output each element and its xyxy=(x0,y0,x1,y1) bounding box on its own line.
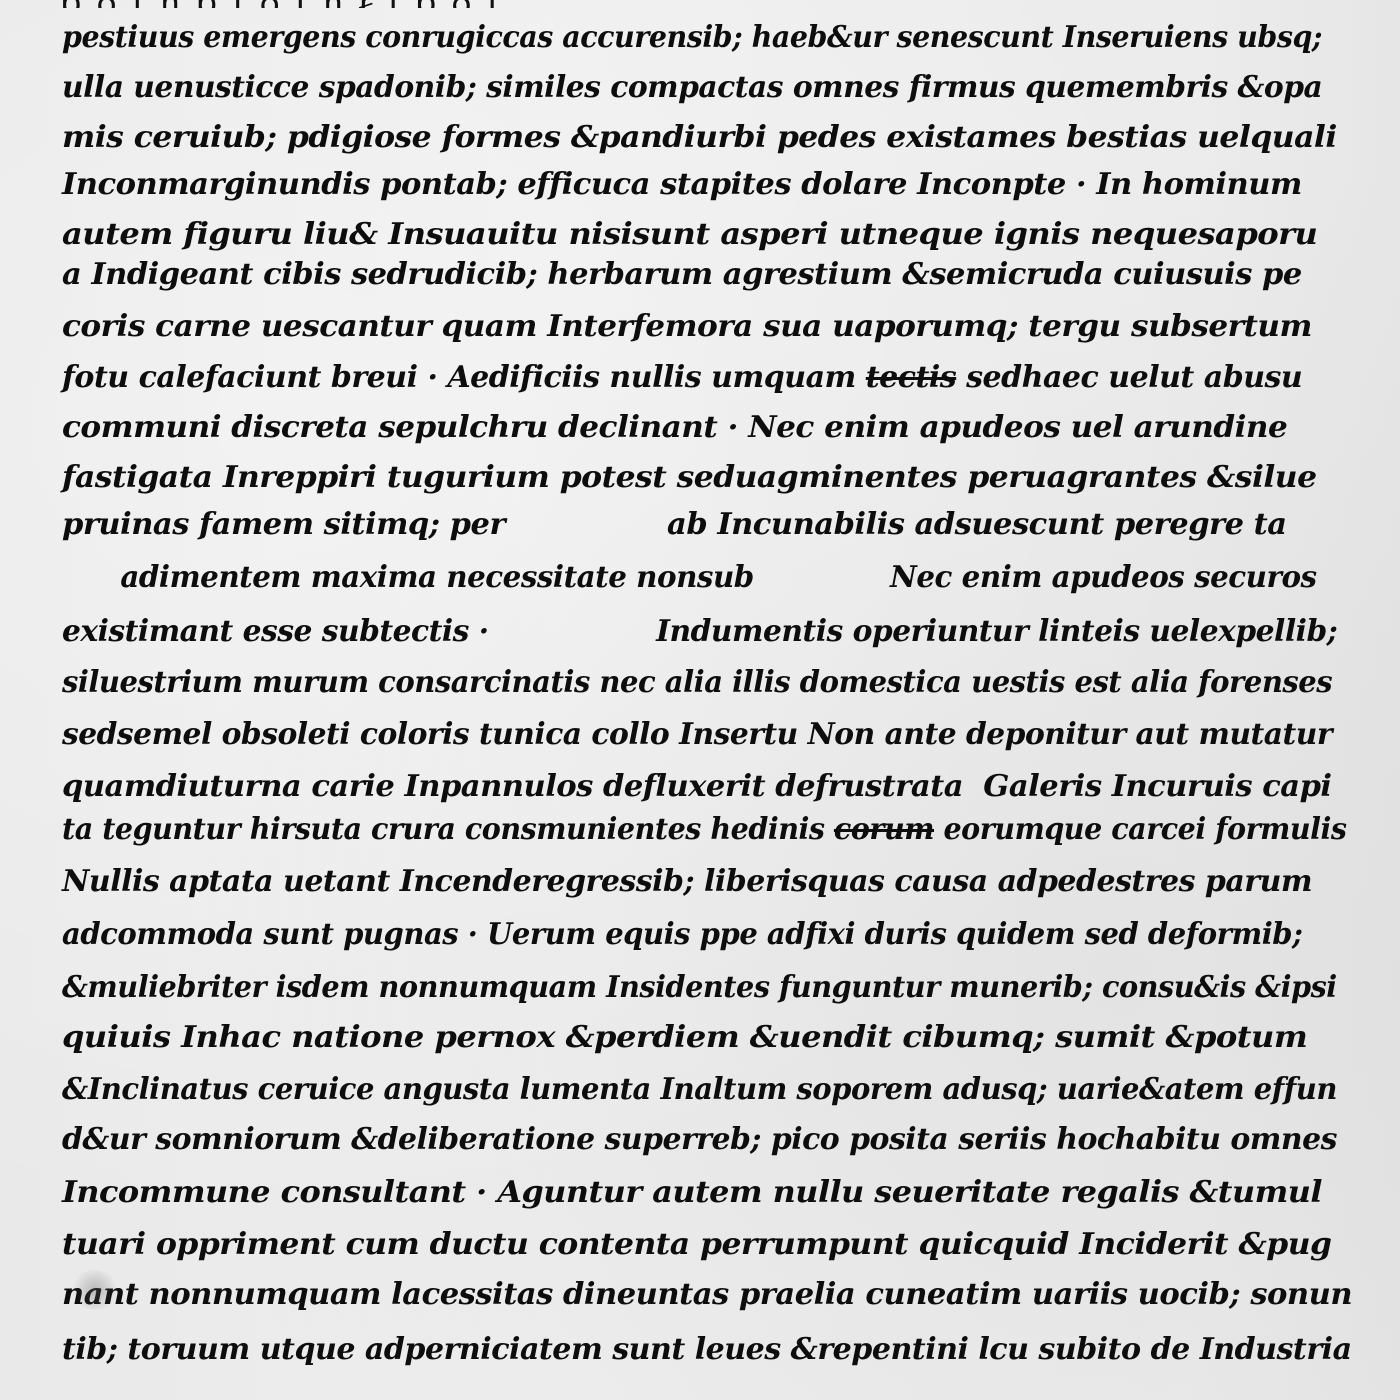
manuscript-line: mis ceruiub; pdigiose formes &pandiurbi … xyxy=(62,118,1337,158)
line-text: d&ur somniorum &deliberatione superreb; … xyxy=(62,1120,1337,1160)
manuscript-line: tuari oppriment cum ductu contenta perru… xyxy=(62,1225,1331,1265)
manuscript-line: fastigata Inreppiri tugurium potest sedu… xyxy=(62,458,1317,498)
manuscript-line: &Inclinatus ceruice angusta lumenta Inal… xyxy=(62,1070,1337,1110)
manuscript-line: coris carne uescantur quam Interfemora s… xyxy=(62,307,1312,347)
manuscript-line: tib; toruum utque adperniciatem sunt leu… xyxy=(62,1330,1352,1370)
manuscript-line: quiuis Inhac natione pernox &perdiem &ue… xyxy=(62,1018,1307,1058)
manuscript-line: Inconmarginundis pontab; efficuca stapit… xyxy=(62,165,1302,205)
line-text: quiuis Inhac natione pernox &perdiem &ue… xyxy=(62,1018,1307,1058)
manuscript-line: communi discreta sepulchru declinant · N… xyxy=(62,408,1287,448)
line-text: nant nonnumquam lacessitas dineuntas pra… xyxy=(62,1275,1352,1315)
line-text: Nullis aptata uetant Incenderegressib; l… xyxy=(62,862,1312,902)
line-text: autem figuru liu& Insuauitu nisisunt asp… xyxy=(62,215,1317,255)
manuscript-line: existimant esse subtectis · Indumentis o… xyxy=(62,612,1337,652)
manuscript-line: autem figuru liu& Insuauitu nisisunt asp… xyxy=(62,215,1317,255)
manuscript-line: adcommoda sunt pugnas · Uerum equis ppe … xyxy=(62,915,1302,955)
line-text: Inconmarginundis pontab; efficuca stapit… xyxy=(62,165,1302,205)
struck-word: corum xyxy=(834,810,934,850)
line-text: mis ceruiub; pdigiose formes &pandiurbi … xyxy=(62,118,1337,158)
manuscript-line: ulla uenusticce spadonib; similes compac… xyxy=(62,68,1322,108)
manuscript-page: ꝑ ꝺ ſ ꞃ ꝑ ſ ꝺ ſ ꞃ ꞧ ſ ꝑ ꝺ ſ pestiuus eme… xyxy=(0,0,1400,1400)
manuscript-line: pruinas famem sitimq; per ab Incunabilis… xyxy=(62,505,1287,545)
manuscript-line: a Indigeant cibis sedrudicib; herbarum a… xyxy=(62,255,1302,295)
line-text: fotu calefaciunt breui · Aedificiis null… xyxy=(62,358,866,398)
line-text: tib; toruum utque adperniciatem sunt leu… xyxy=(62,1330,1352,1370)
line-text: quamdiuturna carie Inpannulos defluxerit… xyxy=(62,767,1332,807)
line-text: sedhaec uelut abusu xyxy=(956,358,1302,398)
line-text: adcommoda sunt pugnas · Uerum equis ppe … xyxy=(62,915,1302,955)
line-text: Incommune consultant · Aguntur autem nul… xyxy=(62,1173,1322,1213)
line-text: ulla uenusticce spadonib; similes compac… xyxy=(62,68,1322,108)
manuscript-line: ta teguntur hirsuta crura consmunientes … xyxy=(62,810,1347,850)
line-text: tuari oppriment cum ductu contenta perru… xyxy=(62,1225,1331,1265)
line-text: siluestrium murum consarcinatis nec alia… xyxy=(62,663,1332,703)
manuscript-line: nant nonnumquam lacessitas dineuntas pra… xyxy=(62,1275,1352,1315)
cut-off-line-fragment: ꝑ ꝺ ſ ꞃ ꝑ ſ ꝺ ſ ꞃ ꞧ ſ ꝑ ꝺ ſ xyxy=(60,0,1340,8)
manuscript-line: Nullis aptata uetant Incenderegressib; l… xyxy=(62,862,1312,902)
line-text: ta teguntur hirsuta crura consmunientes … xyxy=(62,810,834,850)
struck-word: tectis xyxy=(866,358,956,398)
manuscript-line: siluestrium murum consarcinatis nec alia… xyxy=(62,663,1332,703)
manuscript-line: d&ur somniorum &deliberatione superreb; … xyxy=(62,1120,1337,1160)
line-text: pestiuus emergens conrugiccas accurensib… xyxy=(62,18,1322,58)
line-text: &muliebriter isdem nonnumquam Insidentes… xyxy=(62,968,1337,1008)
line-text: pruinas famem sitimq; per ab Incunabilis… xyxy=(62,505,1287,545)
manuscript-line: Incommune consultant · Aguntur autem nul… xyxy=(62,1173,1322,1213)
line-text: sedsemel obsoleti coloris tunica collo I… xyxy=(62,715,1332,755)
line-text: existimant esse subtectis · Indumentis o… xyxy=(62,612,1337,652)
ink-smudge xyxy=(70,1270,120,1310)
line-text: eorumque carcei formulis xyxy=(934,810,1347,850)
manuscript-line: fotu calefaciunt breui · Aedificiis null… xyxy=(62,358,1302,398)
line-text: fastigata Inreppiri tugurium potest sedu… xyxy=(62,458,1317,498)
line-text: a Indigeant cibis sedrudicib; herbarum a… xyxy=(62,255,1302,295)
line-text: communi discreta sepulchru declinant · N… xyxy=(62,408,1287,448)
manuscript-line: &muliebriter isdem nonnumquam Insidentes… xyxy=(62,968,1337,1008)
manuscript-line: pestiuus emergens conrugiccas accurensib… xyxy=(62,18,1322,58)
manuscript-line: quamdiuturna carie Inpannulos defluxerit… xyxy=(62,767,1332,807)
manuscript-line: adimentem maxima necessitate nonsub Nec … xyxy=(62,558,1317,598)
manuscript-line: sedsemel obsoleti coloris tunica collo I… xyxy=(62,715,1332,755)
line-text: &Inclinatus ceruice angusta lumenta Inal… xyxy=(62,1070,1337,1110)
line-text: adimentem maxima necessitate nonsub Nec … xyxy=(62,558,1317,598)
line-text: coris carne uescantur quam Interfemora s… xyxy=(62,307,1312,347)
